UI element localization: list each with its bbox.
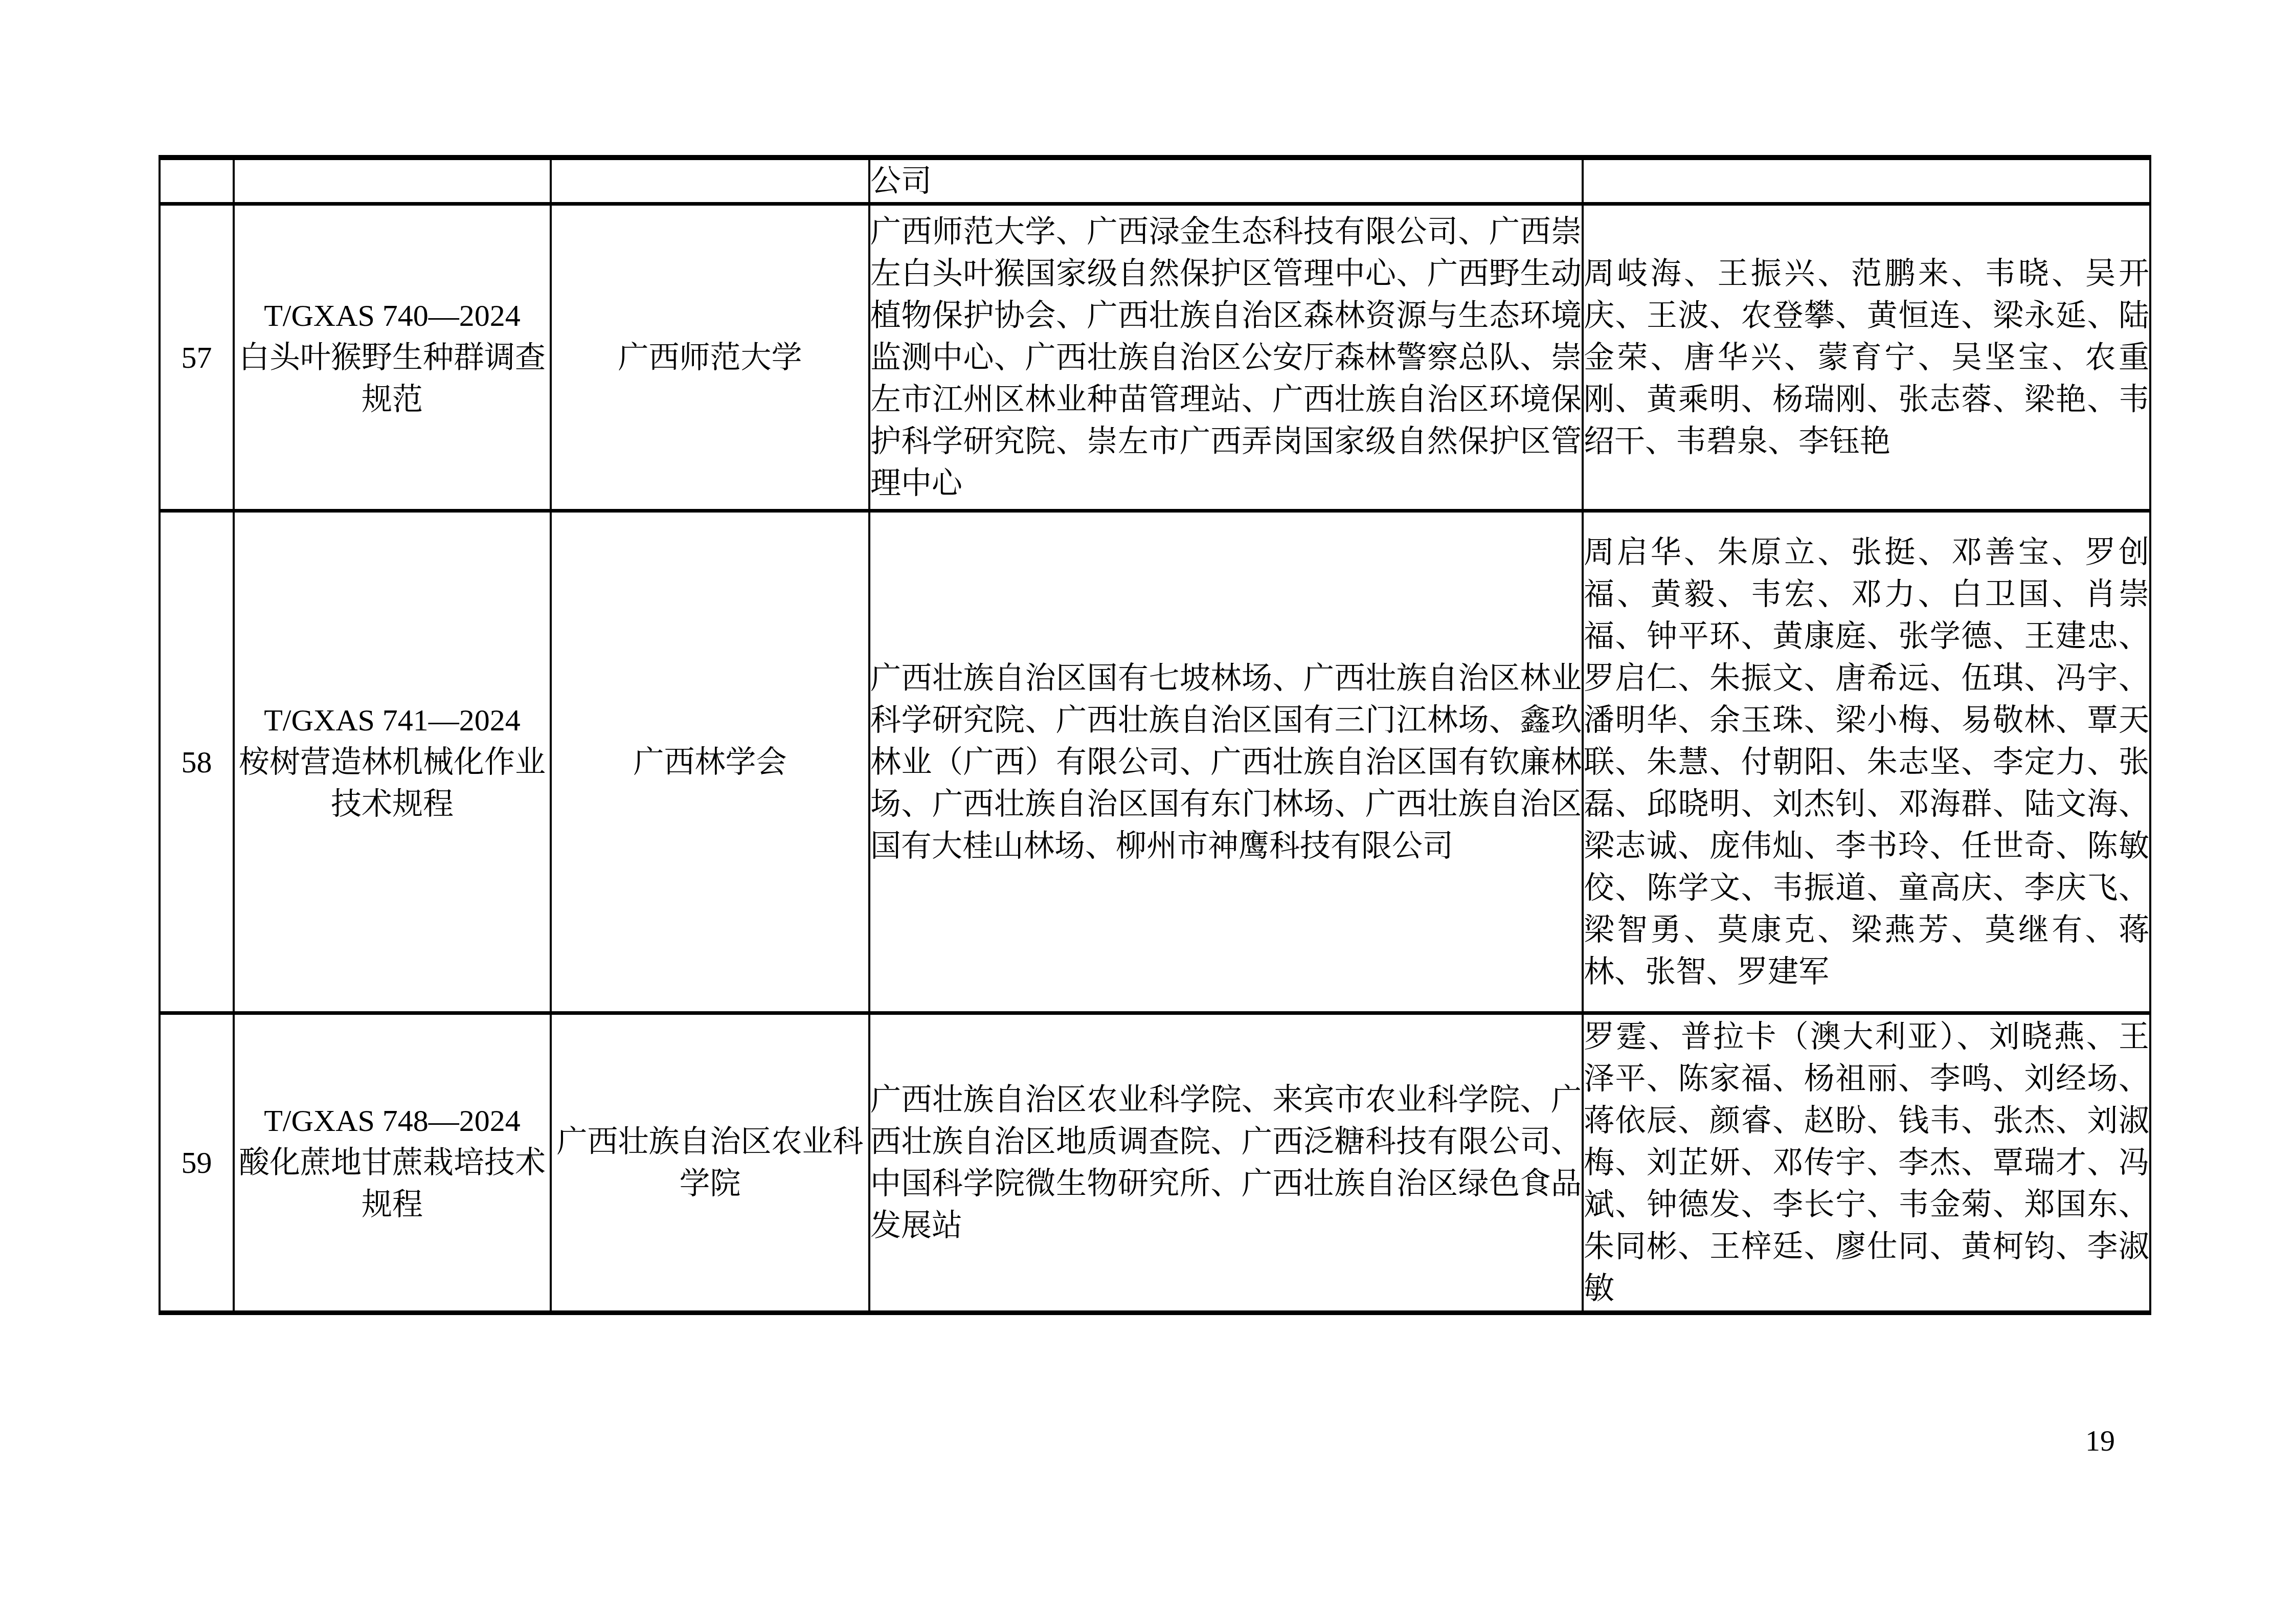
carryover-drafters-cell — [1583, 158, 2150, 204]
row-58-number: 58 — [160, 511, 234, 1013]
row-58-standard: T/GXAS 741—2024 桉树营造林机械化作业技术规程 — [234, 511, 551, 1013]
row-59-lead-org: 广西壮族自治区农业科学院 — [551, 1013, 869, 1313]
document-page: 公司 57 T/GXAS 740—2024 白头叶猴野生种群调查规范 广西师范大… — [0, 0, 2296, 1624]
row-57-lead-org: 广西师范大学 — [551, 204, 869, 511]
row-57-drafters: 周岐海、王振兴、范鹏来、韦晓、吴开庆、王波、农登攀、黄恒连、梁永延、陆金荣、唐华… — [1583, 204, 2150, 511]
row-59-drafters: 罗霆、普拉卡（澳大利亚）、刘晓燕、王泽平、陈家福、杨祖丽、李鸣、刘经场、蒋依辰、… — [1583, 1013, 2150, 1313]
standard-code: T/GXAS 748—2024 — [235, 1100, 550, 1142]
row-59-number: 59 — [160, 1013, 234, 1313]
standard-title: 白头叶猴野生种群调查规范 — [235, 337, 550, 420]
row-58-drafting-orgs: 广西壮族自治区国有七坡林场、广西壮族自治区林业科学研究院、广西壮族自治区国有三门… — [869, 511, 1583, 1013]
standards-table: 公司 57 T/GXAS 740—2024 白头叶猴野生种群调查规范 广西师范大… — [159, 155, 2151, 1315]
standard-title: 桉树营造林机械化作业技术规程 — [235, 741, 550, 825]
row-59-standard: T/GXAS 748—2024 酸化蔗地甘蔗栽培技术规程 — [234, 1013, 551, 1313]
table-row-carryover: 公司 — [160, 158, 2150, 204]
row-59-drafting-orgs: 广西壮族自治区农业科学院、来宾市农业科学院、广西壮族自治区地质调查院、广西泛糖科… — [869, 1013, 1583, 1313]
row-58-lead-org: 广西林学会 — [551, 511, 869, 1013]
standard-title: 酸化蔗地甘蔗栽培技术规程 — [235, 1142, 550, 1226]
carryover-number-cell — [160, 158, 234, 204]
row-57-drafting-orgs: 广西师范大学、广西渌金生态科技有限公司、广西崇左白头叶猴国家级自然保护区管理中心… — [869, 204, 1583, 511]
standard-code: T/GXAS 740—2024 — [235, 295, 550, 337]
table-row: 57 T/GXAS 740—2024 白头叶猴野生种群调查规范 广西师范大学 广… — [160, 204, 2150, 511]
row-57-number: 57 — [160, 204, 234, 511]
table-row: 58 T/GXAS 741—2024 桉树营造林机械化作业技术规程 广西林学会 … — [160, 511, 2150, 1013]
carryover-standard-cell — [234, 158, 551, 204]
row-57-standard: T/GXAS 740—2024 白头叶猴野生种群调查规范 — [234, 204, 551, 511]
page-number: 19 — [2085, 1425, 2115, 1457]
carryover-lead-org-cell — [551, 158, 869, 204]
standard-code: T/GXAS 741—2024 — [235, 699, 550, 741]
row-58-drafters: 周启华、朱原立、张挺、邓善宝、罗创福、黄毅、韦宏、邓力、白卫国、肖崇福、钟平环、… — [1583, 511, 2150, 1013]
table-row: 59 T/GXAS 748—2024 酸化蔗地甘蔗栽培技术规程 广西壮族自治区农… — [160, 1013, 2150, 1313]
carryover-drafting-orgs-cell: 公司 — [869, 158, 1583, 204]
